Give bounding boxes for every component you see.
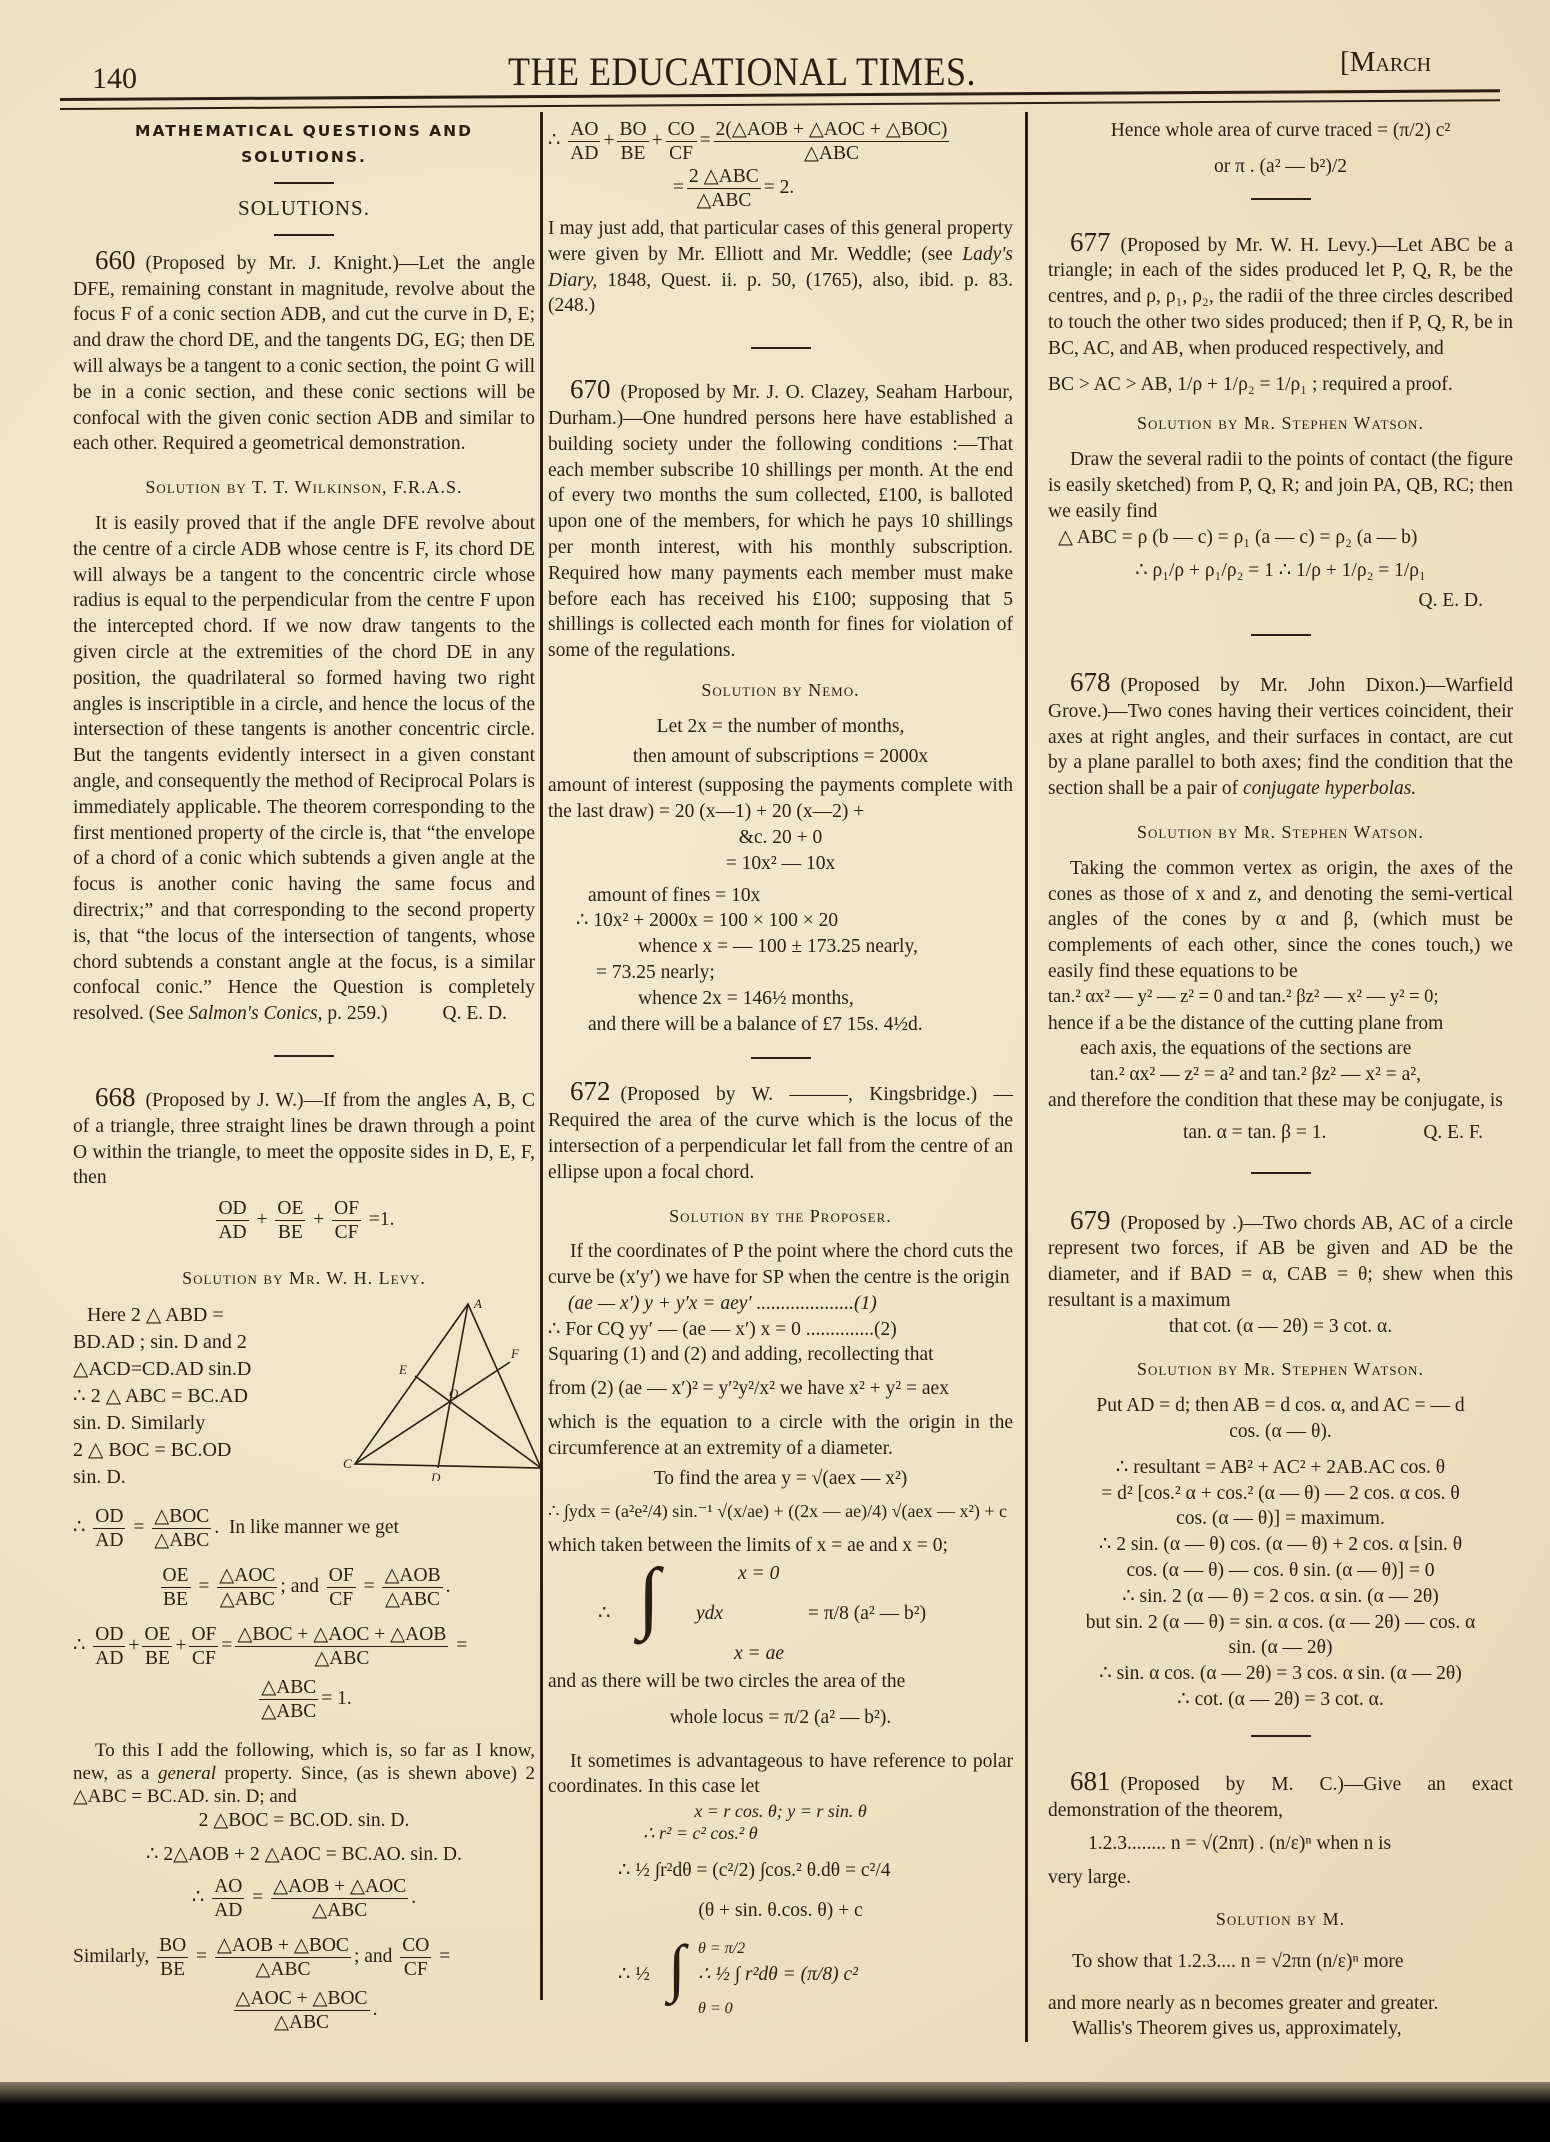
theorem-eq: 1.2.3........ n = √(2nπ) . (n/ε)ⁿ when n… [1048,1831,1513,1857]
reference-page: p. 259.) [327,1003,387,1024]
page-number: 140 [92,62,137,96]
area-alt: or π . (a² — b²)/2 [1048,154,1513,180]
divider [751,347,811,349]
sol-line: cos. (α — θ) — cos. θ sin. (α — θ)] = 0 [1048,1558,1513,1584]
condition: BC > AC > AB, 1/ρ + 1/ρ₂ = 1/ρ₁ ; requir… [1048,372,1513,398]
equation-oe-of: OEBE = △AOC△ABC; and OFCF = △AOB△ABC. [73,1564,535,1611]
solution-heading: Solution by the Proposer. [548,1204,1013,1230]
divider [1251,634,1311,636]
equation-top: ∴ AOAD+BOBE+COCF=2(△AOB + △AOC + △BOC)△A… [548,118,1013,165]
question-number: 668 [95,1082,136,1112]
svg-text:C: C [343,1456,352,1471]
question-text: (Proposed by M. C.)—Give an exact demons… [1048,1774,1513,1821]
solution-text: Taking the common vertex as origin, the … [1048,856,1513,985]
note: I may just add, that particular cases of… [548,216,1013,319]
sol-eq: from (2) (ae — x′)² = y′²y²/x² we have x… [548,1376,1013,1402]
solution-heading: Solution by T. T. Wilkinson, F.R.A.S. [73,475,535,501]
svg-text:A: A [473,1296,482,1311]
qef: Q. E. F. [1423,1120,1513,1146]
page-bottom-edge [0,2082,1550,2104]
equation-sum: ∴ ODAD+OEBE+OFCF=△BOC + △AOC + △AOB△ABC … [73,1623,535,1670]
question-number: 677 [1070,227,1111,257]
question-678: 678(Proposed by Mr. John Dixon.)—Warfiel… [1048,670,1513,802]
lower-limit: θ = 0 [698,1996,733,2022]
sol-line: and more nearly as n becomes greater and… [1048,1991,1513,2017]
sol-line: ∴ sin. α cos. (α — 2θ) = 3 cos. α sin. (… [1048,1661,1513,1687]
divider [1251,1172,1311,1174]
sol-line: = 73.25 nearly; [548,960,1013,986]
addendum: To this I add the following, which is, s… [73,1739,535,1808]
eq-result: = 2. [764,177,795,198]
column-3: Hence whole area of curve traced = (π/2)… [1048,118,1513,2042]
sol-intro: If the coordinates of P the point where … [548,1239,1013,1291]
denominator: △ABC [714,142,950,165]
sol-eq: (θ + sin. θ.cos. θ) + c [548,1898,1013,1924]
solution-heading: Solution by Mr. Stephen Watson. [1048,411,1513,437]
result: ∴ ½ ∫ r²dθ = (π/8) c² [698,1962,858,1988]
divider [751,1057,811,1059]
solution-heading: Solution by Mr. Stephen Watson. [1048,1357,1513,1383]
section-title: MATHEMATICAL QUESTIONS AND SOLUTIONS. [73,118,535,170]
sol-line: cos. (α — θ)] = maximum. [1048,1506,1513,1532]
question-677: 677(Proposed by Mr. W. H. Levy.)—Let ABC… [1048,230,1513,362]
note-text: I may just add, that particular cases of… [548,218,1013,265]
solution-heading: Solution by Nemo. [548,678,1013,704]
equation-ao-ad: ∴ AOAD = △AOB + △AOC△ABC. [73,1875,535,1922]
question-679: 679(Proposed by .)—Two chords AB, AC of … [1048,1208,1513,1314]
question-text: (Proposed by Mr. J. O. Clazey, Seaham Ha… [548,382,1013,661]
sol-line: whence 2x = 146½ months, [548,986,1013,1012]
reference-title: Salmon's Conics, [188,1003,322,1024]
equation-similarly: Similarly, BOBE = △AOB + △BOC△ABC; and C… [73,1934,535,1981]
integral-icon: ∫ [668,1948,686,1988]
sol-line: and there will be a balance of £7 15s. 4… [548,1012,1013,1038]
addendum-eq2: ∴ 2△AOB + 2 △AOC = BC.AO. sin. D. [73,1842,535,1868]
eq-text: ; and [280,1576,318,1597]
equation-od-ad: ∴ ODAD = △BOC△ABC. In like manner we get [73,1505,535,1552]
sol-line: each axis, the equations of the sections… [1048,1036,1513,1062]
sol-eq: whole locus = π/2 (a² — b²). [548,1705,1013,1731]
column-1: MATHEMATICAL QUESTIONS AND SOLUTIONS. SO… [73,118,535,2040]
column-divider-1 [540,112,543,2000]
sol-line: and therefore the condition that these m… [1048,1088,1513,1114]
sol-line: amount of interest (supposing the paymen… [548,773,1013,825]
divider [274,234,334,236]
denominator: △ABC [687,189,761,212]
sol-line: and as there will be two circles the are… [548,1669,1013,1695]
sol-final: tan. α = tan. β = 1.Q. E. F. [1048,1120,1513,1146]
eq-text: ; and [354,1946,392,1967]
numerator: 2 △ABC [687,165,761,189]
issue-month: [March [1340,46,1431,79]
svg-text:F: F [510,1346,520,1361]
note-text: 1848, Quest. ii. p. 50, (1765), also, ib… [548,270,1013,317]
sol-line: ∴ 10x² + 2000x = 100 × 100 × 20 [548,908,1013,934]
question-italic: conjugate hyperbolas. [1243,778,1416,799]
addendum-eq1: 2 △BOC = BC.OD. sin. D. [73,1808,535,1834]
sol-line: &c. 20 + 0 [548,825,1013,851]
add-italic: general [158,1763,216,1784]
sol-eq: ∴ r² = c² cos.² θ [548,1822,1013,1844]
equation-top2: =2 △ABC△ABC= 2. [548,165,1013,212]
eq-text: Similarly, [73,1946,149,1967]
sol-line: cos. (α — θ). [1048,1419,1513,1445]
divider [274,1055,334,1057]
qed: Q. E. D. [1048,588,1513,614]
sol-line: sin. (α — 2θ) [1048,1635,1513,1661]
question-text: (Proposed by .)—Two chords AB, AC of a c… [1048,1213,1513,1311]
sol-line: amount of fines = 10x [548,883,1013,909]
sol-line: ∴ 2 sin. (α — θ) cos. (α — θ) + 2 cos. α… [1048,1532,1513,1558]
sol-line: To show that 1.2.3.... n = √2πn (n/ε)ⁿ m… [1048,1949,1513,1975]
sol-line: ∴ resultant = AB² + AC² + 2AB.AC cos. θ [1048,1455,1513,1481]
column-divider-2 [1025,112,1028,2042]
question-text: (Proposed by Mr. W. H. Levy.)—Let ABC be… [1048,235,1513,359]
sol-line: It sometimes is advantageous to have ref… [548,1749,1013,1801]
solution-text: It is easily proved that if the angle DF… [73,511,535,1027]
integral-icon: ∫ [638,1577,660,1617]
solution-heading: Solution by Mr. W. H. Levy. [73,1266,535,1292]
integrand: ydx [696,1601,723,1627]
sol-eq: (ae — x′) y + y′x = aey′ ...............… [548,1291,1013,1317]
question-number: 670 [570,374,611,404]
question-number: 681 [1070,1766,1111,1796]
sol-line: = d² [cos.² α + cos.² (α — θ) — 2 cos. α… [1048,1481,1513,1507]
sol-line: ∴ sin. 2 (α — θ) = 2 cos. α sin. (α — 2θ… [1048,1584,1513,1610]
sol-eq: △ ABC = ρ (b — c) = ρ₁ (a — c) = ρ₂ (a —… [1048,525,1513,551]
numerator: △BOC + △AOC + △AOB [235,1623,448,1647]
definite-integral: ∴ ∫ x = 0 ydx = π/8 (a² — b²) x = ae [548,1559,1013,1669]
solution-text: Draw the several radii to the points of … [1048,447,1513,524]
sol-line: Wallis's Theorem gives us, approximately… [1048,2016,1513,2042]
divider [1251,1735,1311,1737]
sol-eq: To find the area y = √(aex — x²) [548,1466,1013,1492]
question-670: 670(Proposed by Mr. J. O. Clazey, Seaham… [548,377,1013,664]
divider [274,182,334,184]
triangle-figure: A B C D E F O [343,1296,543,1481]
question-number: 672 [570,1076,611,1106]
solution-heading: Solution by Mr. Stephen Watson. [1048,820,1513,846]
equation-final: △ABC△ABC= 1. [73,1676,535,1723]
sol-eq: tan.² αx² — z² = a² and tan.² βz² — x² =… [1048,1062,1513,1088]
sol-line: Put AD = d; then AB = d cos. α, and AC =… [1048,1393,1513,1419]
sol-eq: x = r cos. θ; y = r sin. θ [548,1800,1013,1822]
qed: Q. E. D. [421,1001,535,1027]
svg-text:E: E [398,1362,407,1377]
question-660: 660(Proposed by Mr. J. Knight.)—Let the … [73,248,535,457]
sol-eq: ∴ ½ ∫r²dθ = (c²/2) ∫cos.² θ.dθ = c²/4 [548,1858,1013,1884]
numerator: 2(△AOB + △AOC + △BOC) [714,118,950,142]
sol-line: ∴ cot. (α — 2θ) = 3 cot. α. [1048,1687,1513,1713]
sol-eq: tan.² αx² — y² — z² = 0 and tan.² βz² — … [1048,985,1513,1011]
question-number: 678 [1070,667,1111,697]
question-text: (Proposed by J. W.)—If from the angles A… [73,1090,535,1188]
sol-line: which taken between the limits of x = ae… [548,1533,1013,1559]
sol-eq: tan. α = tan. β = 1. [1048,1122,1326,1143]
question-number: 660 [95,245,136,275]
question-text-end: that cot. (α — 2θ) = 3 cot. α. [1048,1314,1513,1340]
newspaper-page: 140 THE EDUCATIONAL TIMES. [March MATHEM… [0,0,1550,2085]
publication-title: THE EDUCATIONAL TIMES. [508,48,976,95]
upper-limit: x = 0 [738,1561,779,1587]
sol-line: hence if a be the distance of the cuttin… [1048,1011,1513,1037]
result: = π/8 (a² — b²) [808,1601,926,1627]
denominator: △ABC [235,1647,448,1670]
eq-text: = 1. [321,1688,352,1709]
sol-line: but sin. 2 (α — θ) = sin. α cos. (α — 2θ… [1048,1610,1513,1636]
sol-line: then amount of subscriptions = 2000x [548,744,1013,770]
solution-heading: Solution by M. [1048,1907,1513,1933]
sol-line: = 10x² — 10x [548,851,1013,877]
equation-co-cf: △AOC + △BOC△ABC. [73,1987,535,2034]
sol-eq: ∴ ∫ydx = (a²e²/4) sin.⁻¹ √(x/ae) + ((2x … [548,1499,1013,1525]
area-result: Hence whole area of curve traced = (π/2)… [1048,118,1513,144]
upper-limit: θ = π/2 [698,1936,745,1962]
question-text: (Proposed by Mr. J. Knight.)—Let the ang… [73,253,535,455]
polar-definite-integral: ∴ ½ ∫ θ = π/2 ∴ ½ ∫ r²dθ = (π/8) c² θ = … [548,1940,1013,2020]
sol-eq: ∴ For CQ yy′ — (ae — x′) x = 0 .........… [548,1317,1013,1343]
sol-line: which is the equation to a circle with t… [548,1410,1013,1462]
eq-text: In like manner we get [229,1517,399,1538]
question-number: 679 [1070,1205,1111,1235]
question-668: 668(Proposed by J. W.)—If from the angle… [73,1085,535,1191]
lower-limit: x = ae [734,1641,784,1667]
question-681: 681(Proposed by M. C.)—Give an exact dem… [1048,1769,1513,1824]
sol-eq: ∴ ρ₁/ρ + ρ₁/ρ₂ = 1 ∴ 1/ρ + 1/ρ₂ = 1/ρ₁ [1048,558,1513,584]
sol-line: Let 2x = the number of months, [548,714,1013,740]
subsection-title: SOLUTIONS. [73,196,535,222]
solution-body: It is easily proved that if the angle DF… [73,513,535,1024]
divider [1251,198,1311,200]
question-672: 672(Proposed by W. ———, Kingsbridge.) —R… [548,1079,1013,1185]
svg-text:D: D [430,1470,441,1481]
sol-line: whence x = — 100 ± 173.25 nearly, [548,934,1013,960]
column-2: ∴ AOAD+BOBE+COCF=2(△AOB + △AOC + △BOC)△A… [548,118,1013,2020]
equation-668: ODAD + OEBE + OFCF =1. [73,1197,535,1244]
svg-text:O: O [449,1386,459,1401]
sol-line: Squaring (1) and (2) and adding, recolle… [548,1342,1013,1368]
theorem-tail: very large. [1048,1865,1513,1891]
question-text: (Proposed by W. ———, Kingsbridge.) —Requ… [548,1084,1013,1182]
